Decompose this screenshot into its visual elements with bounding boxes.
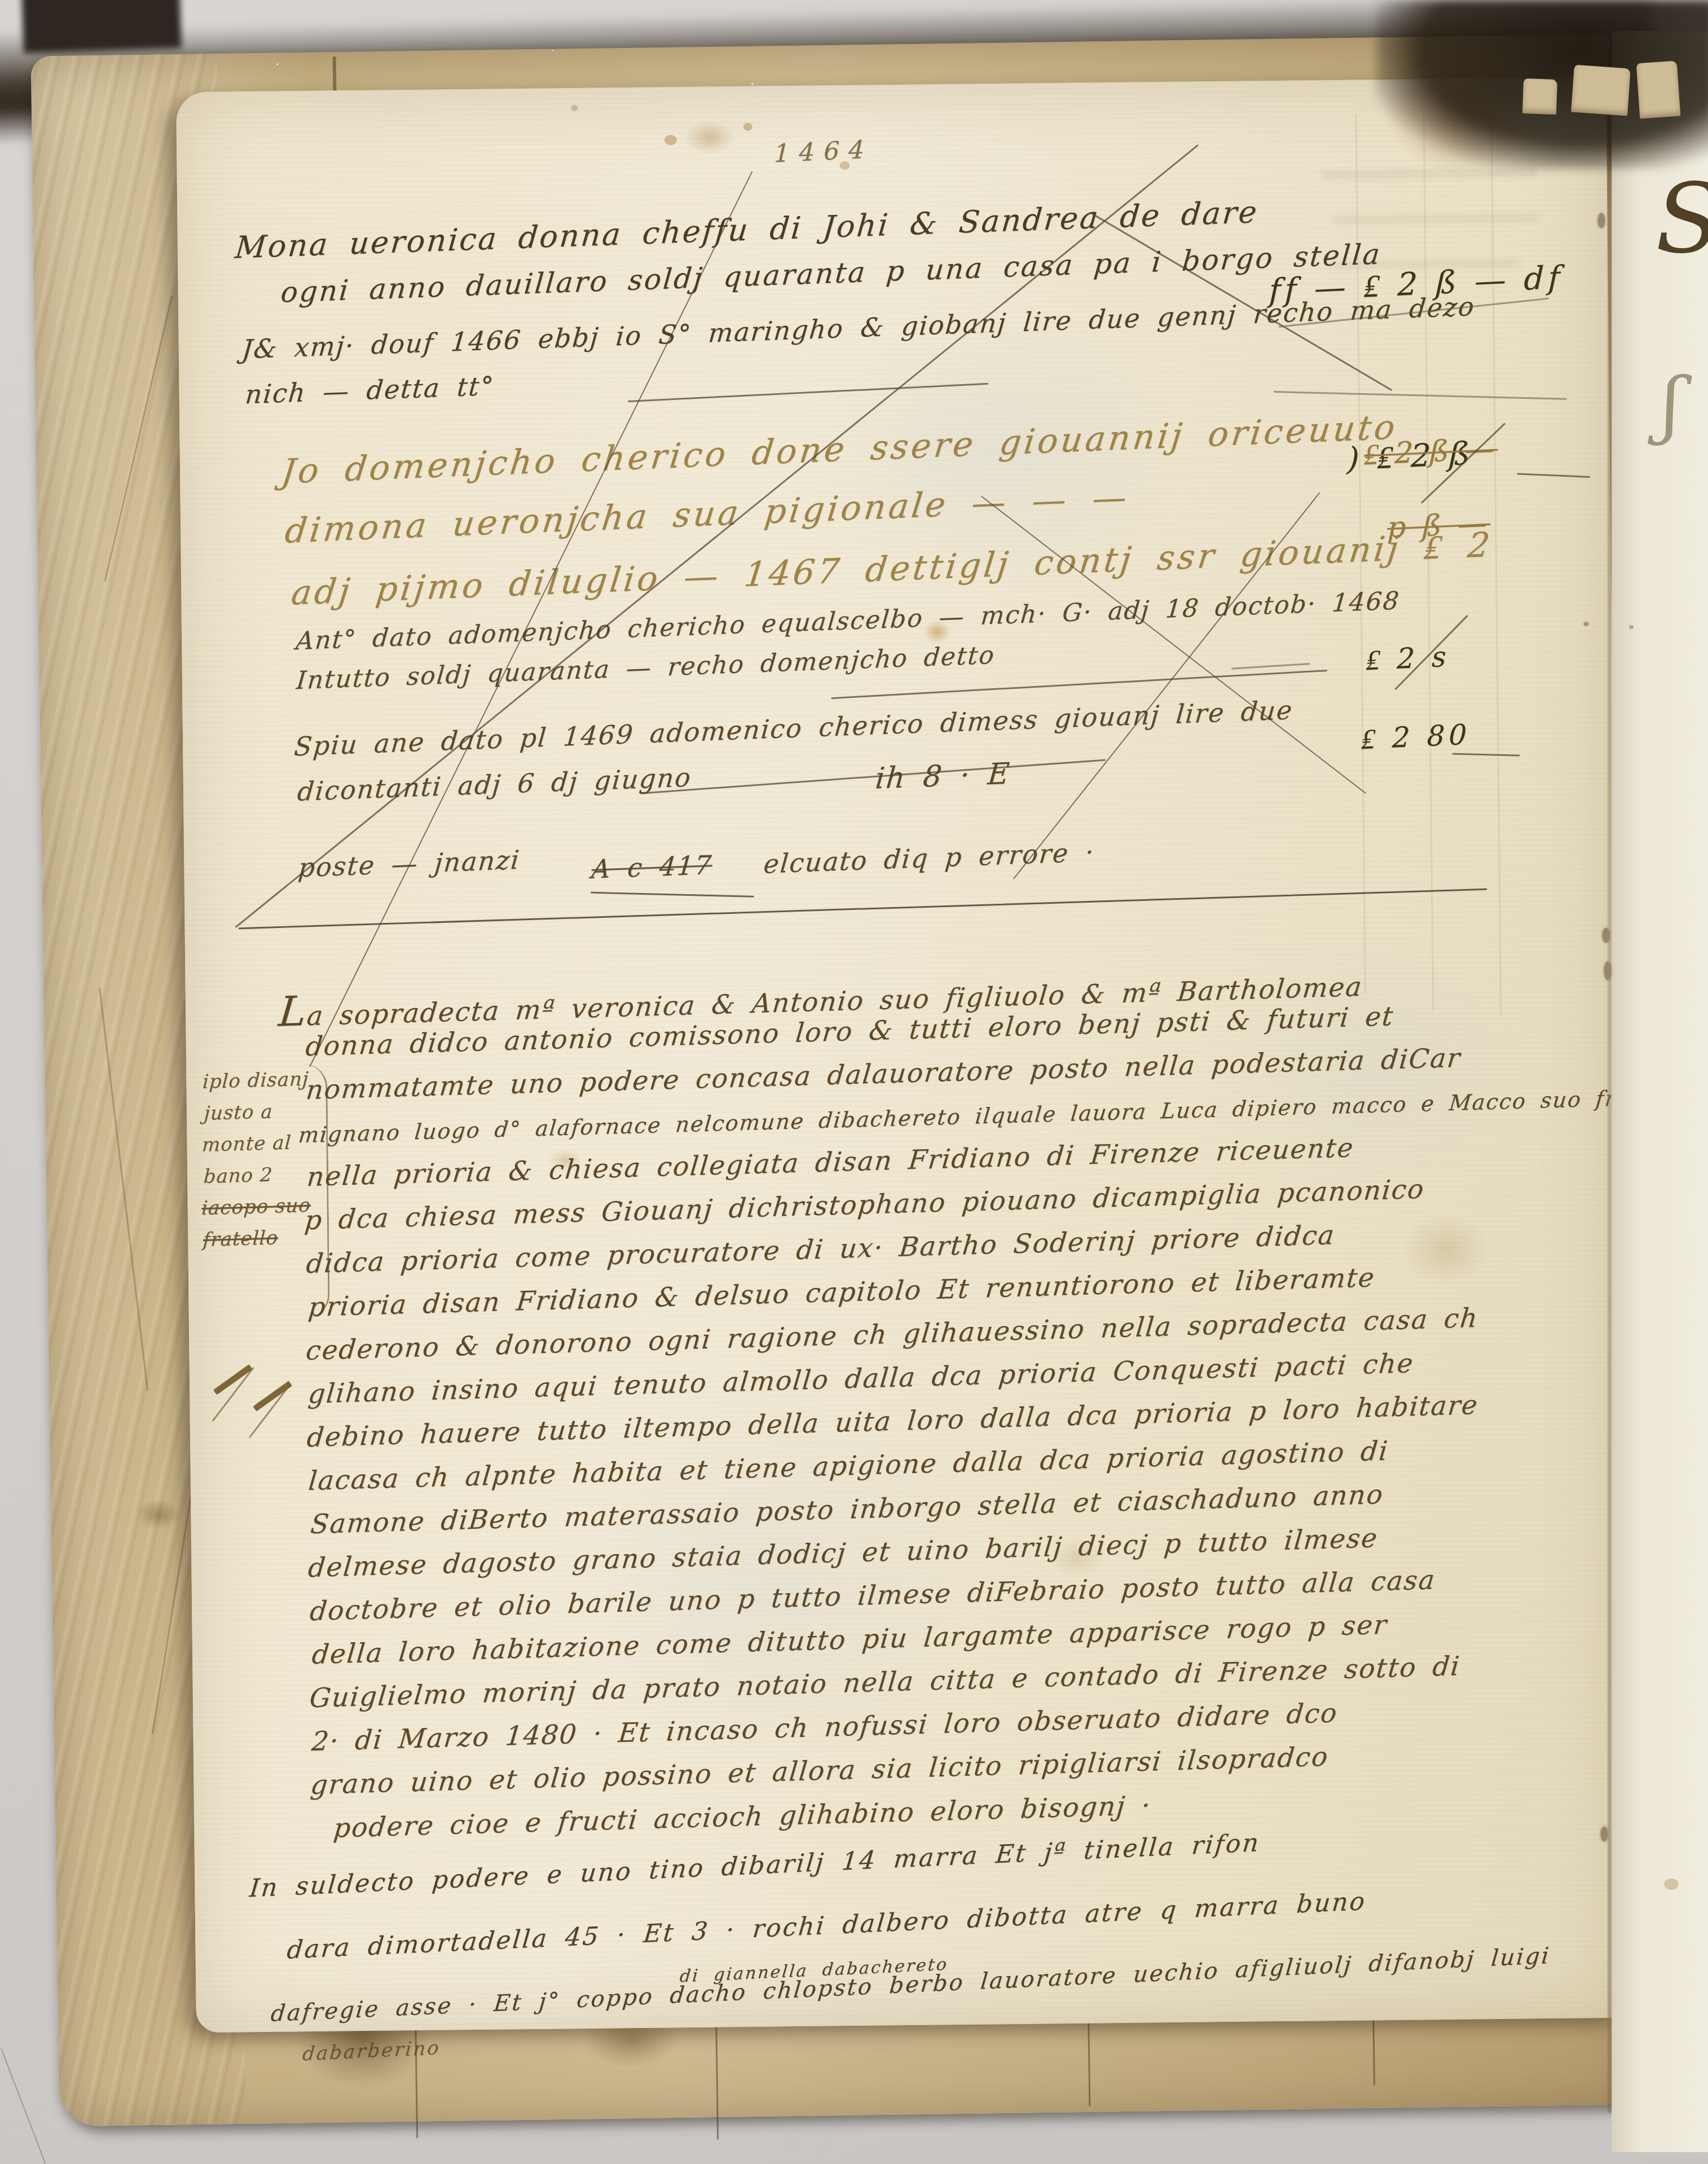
entry4-tally-note: ih 8 · E [874, 757, 1011, 796]
torn-parchment-tab [1636, 61, 1681, 119]
stitch-knot [1604, 962, 1611, 980]
facing-page-text-fragment: ʃ [1661, 361, 1681, 447]
torn-parchment-tab [1571, 65, 1631, 116]
dust-speck [276, 63, 279, 65]
margin-note-line5: iacopo suo [201, 1194, 311, 1220]
foxing-spot [571, 105, 578, 111]
foxing-spot [1629, 625, 1634, 629]
stitch-knot [1601, 1827, 1608, 1841]
torn-parchment-tab [1522, 78, 1557, 115]
margin-note-line3: monte al [201, 1132, 292, 1157]
stitch-knot [1603, 928, 1609, 943]
scan-corner-shadow [21, 0, 182, 54]
scratch-line [1, 2048, 46, 2164]
foxing-spot [743, 123, 752, 131]
facing-page [1612, 31, 1708, 2152]
year-heading: 1464 [774, 135, 874, 168]
posting-reference: A c 417 [591, 850, 714, 885]
entry4-amount: ₤ 2 80 [1361, 718, 1471, 756]
margin-note-line6: fratello [203, 1226, 279, 1251]
foxing-spot [1583, 622, 1589, 626]
facing-page-text-fragment: S [1656, 164, 1708, 275]
dust-speck [751, 82, 754, 85]
stitch-knot [1598, 213, 1605, 228]
entry2-amount-top: ₤ 2 ß — [1363, 432, 1498, 472]
manuscript-page: 1464 Mona ueronica donna cheffu di Johi … [176, 77, 1626, 2033]
margin-note-line1: iplo disanj [202, 1068, 310, 1093]
dust-speck [552, 50, 553, 51]
binding-seam [1608, 48, 1612, 2113]
ink-stain [1664, 1879, 1679, 1890]
margin-note-line4: bano 2 [203, 1164, 274, 1189]
scanned-manuscript: 1464 Mona ueronica donna cheffu di Johi … [0, 0, 1708, 2164]
margin-note-line2: justo a [203, 1101, 273, 1125]
